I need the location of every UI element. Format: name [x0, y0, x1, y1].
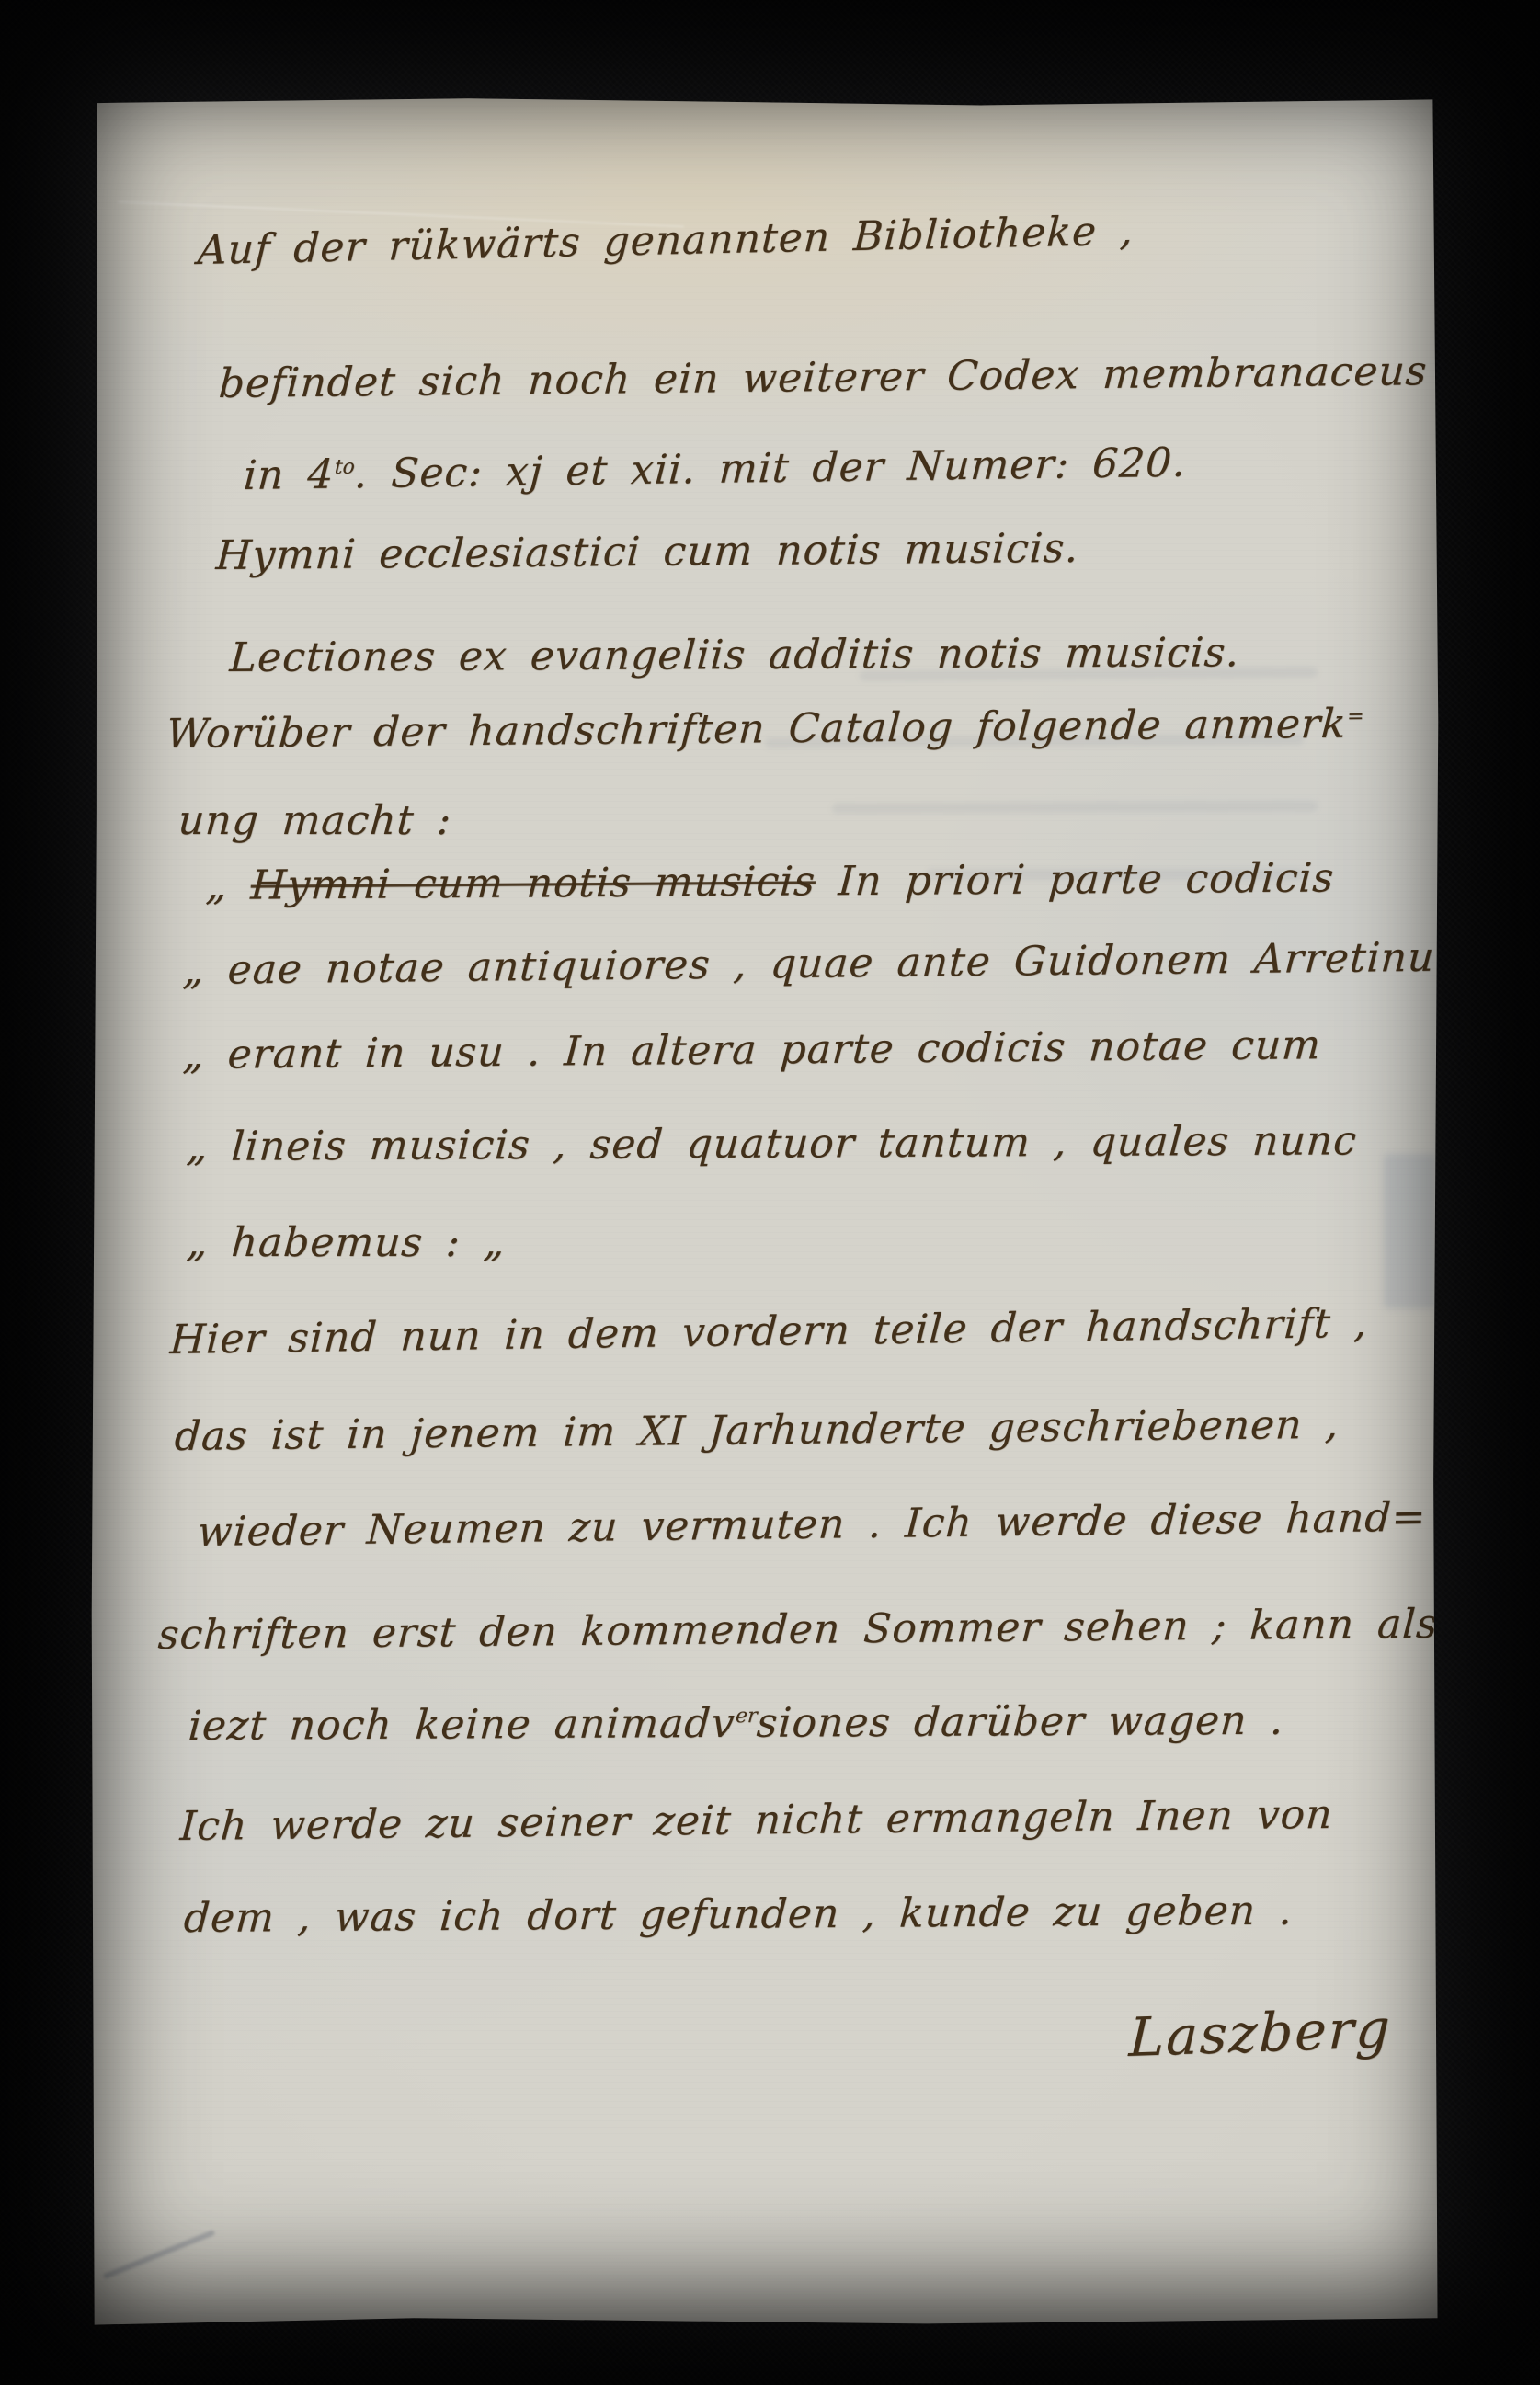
handwritten-line-18: Ich werde zu seiner zeit nicht ermangeln…: [178, 1791, 1334, 1850]
handwritten-line-10: „ erant in usu . In altera parte codicis…: [181, 1021, 1322, 1078]
handwritten-line-19: dem , was ich dort gefunden , kunde zu g…: [183, 1887, 1295, 1941]
letter-paper: Laszberg Auf der rükwärts genannten Bibl…: [91, 97, 1439, 2327]
text-segment: schriften erst den kommenden Sommer sehe…: [157, 1600, 1466, 1658]
handwritten-line-14: das ist in jenem im XI Jarhunderte gesch…: [173, 1400, 1340, 1459]
text-segment: „ eae notae antiquiores , quae ante Guid…: [181, 933, 1475, 994]
photo-background: Laszberg Auf der rükwärts genannten Bibl…: [0, 0, 1540, 2385]
text-segment: „ lineis musicis , sed quatuor tantum , …: [185, 1117, 1358, 1170]
handwritten-line-13: Hier sind nun in dem vordern teile der h…: [169, 1300, 1369, 1364]
text-segment: siones darüber wagen .: [755, 1697, 1285, 1747]
text-segment: dem , was ich dort gefunden , kunde zu g…: [183, 1887, 1295, 1941]
signature: Laszberg: [1128, 1997, 1393, 2069]
handwritten-line-12: „ habemus : „: [185, 1219, 507, 1266]
text-segment: Ich werde zu seiner zeit nicht ermangeln…: [178, 1791, 1334, 1850]
handwritten-line-2: befindet sich noch ein weiterer Codex me…: [218, 348, 1429, 407]
superscript-text: to: [334, 455, 355, 478]
text-segment: das ist in jenem im XI Jarhunderte gesch…: [173, 1400, 1340, 1459]
superscript-text: er: [735, 1705, 758, 1728]
text-segment: Lectiones ex evangeliis additis notis mu…: [228, 630, 1241, 682]
text-segment: . Sec: xj et xii. mit der Numer: 620.: [353, 439, 1188, 497]
text-segment: wieder Neumen zu vermuten . Ich werde di…: [196, 1494, 1427, 1556]
text-segment: Auf der rükwärts genannten Bibliotheke ,: [197, 207, 1135, 273]
handwritten-line-1: Auf der rükwärts genannten Bibliotheke ,: [197, 207, 1135, 273]
showthrough-mark: [832, 801, 1318, 815]
superscript-text: =: [1347, 705, 1365, 728]
handwritten-line-5: Lectiones ex evangeliis additis notis mu…: [228, 630, 1241, 682]
handwritten-line-16: schriften erst den kommenden Sommer sehe…: [157, 1600, 1466, 1658]
handwritten-line-7: ung macht :: [177, 797, 453, 844]
handwritten-line-3: in 4to. Sec: xj et xii. mit der Numer: 6…: [242, 439, 1187, 498]
handwritten-line-8: „ Hymni cum notis musicis In priori part…: [204, 854, 1336, 909]
text-segment: „: [204, 862, 252, 908]
text-segment: Hymni ecclesiastici cum notis musicis.: [215, 525, 1081, 579]
text-segment: ung macht :: [177, 797, 453, 844]
struck-text: Hymni cum notis musicis: [249, 858, 816, 908]
text-segment: befindet sich noch ein weiterer Codex me…: [218, 348, 1429, 407]
pencil-smudge: [102, 2229, 215, 2278]
text-segment: „ erant in usu . In altera parte codicis…: [181, 1021, 1322, 1078]
text-segment: in 4: [242, 451, 335, 498]
text-segment: „ habemus : „: [185, 1219, 507, 1266]
handwritten-line-4: Hymni ecclesiastici cum notis musicis.: [215, 525, 1081, 579]
handwritten-line-11: „ lineis musicis , sed quatuor tantum , …: [185, 1117, 1358, 1170]
text-segment: In priori parte codicis: [814, 854, 1336, 905]
handwritten-line-15: wieder Neumen zu vermuten . Ich werde di…: [196, 1494, 1427, 1556]
stamp-showthrough: [1384, 1154, 1435, 1308]
text-segment: Hier sind nun in dem vordern teile der h…: [169, 1300, 1369, 1364]
text-segment: Worüber der handschriften Catalog folgen…: [165, 701, 1349, 758]
handwritten-line-9: „ eae notae antiquiores , quae ante Guid…: [181, 933, 1475, 994]
text-segment: iezt noch keine animadv: [187, 1700, 736, 1750]
handwritten-line-6: Worüber der handschriften Catalog folgen…: [165, 700, 1365, 757]
handwritten-line-17: iezt noch keine animadversiones darüber …: [187, 1697, 1285, 1750]
